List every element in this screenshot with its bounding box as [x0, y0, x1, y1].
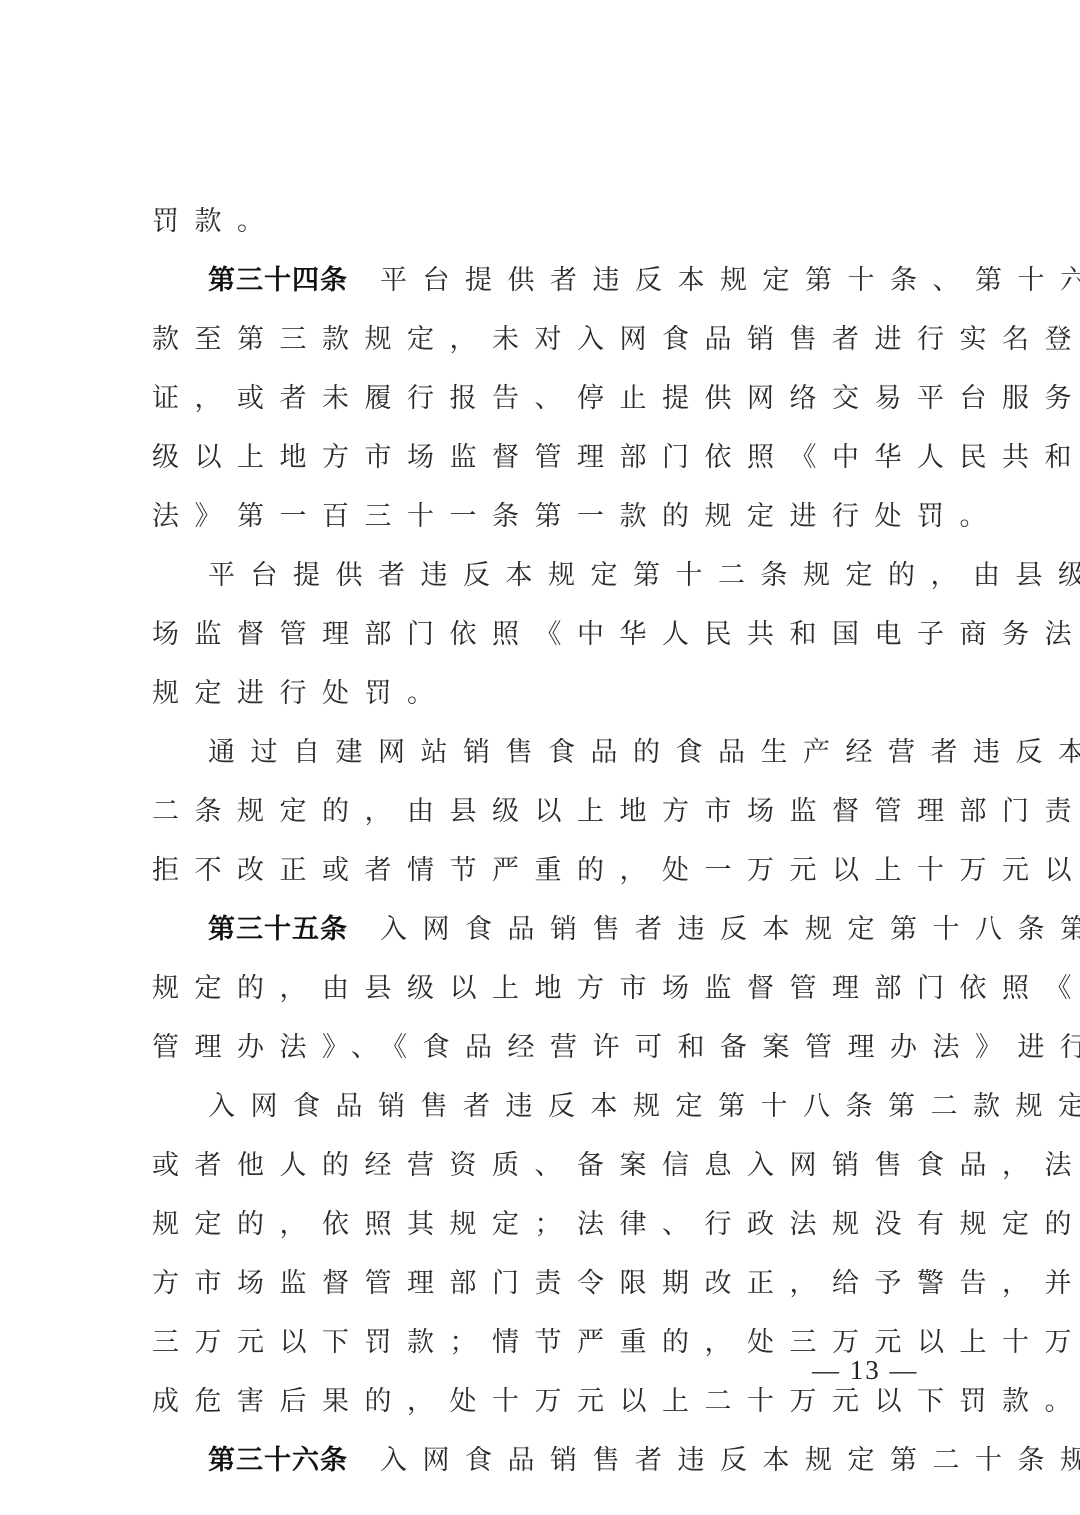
line-text: 罚款。 [152, 206, 280, 237]
line-text: 入网食品销售者违反本规定第二十条规定，法 [380, 1445, 1080, 1476]
line-text: 方市场监督管理部门责令限期改正，给予警告，并处一万元以上 [152, 1268, 1080, 1299]
document-page: 罚款。 第三十四条平台提供者违反本规定第十条、第十六条第一 款至第三款规定，未对… [152, 192, 932, 1490]
line-text: 拒不改正或者情节严重的，处一万元以上十万元以下罚款。 [152, 855, 1080, 886]
text-line: 款至第三款规定，未对入网食品销售者进行实名登记、审查许可 [152, 310, 932, 369]
article-heading: 第三十四条 [208, 265, 348, 296]
line-text: 三万元以下罚款；情节严重的，处三万元以上十万元以下罚款；造 [152, 1327, 1080, 1358]
text-line: 法》第一百三十一条第一款的规定进行处罚。 [152, 487, 932, 546]
text-line: 管理办法》、《食品经营许可和备案管理办法》进行处罚。 [152, 1018, 932, 1077]
article-36-line: 第三十六条入网食品销售者违反本规定第二十条规定，法 [152, 1431, 932, 1490]
text-line: 证，或者未履行报告、停止提供网络交易平台服务等义务的，由县 [152, 369, 932, 428]
line-text: 管理办法》、《食品经营许可和备案管理办法》进行处罚。 [152, 1032, 1080, 1063]
text-line: 场监督管理部门依照《中华人民共和国电子商务法》第八十条的 [152, 605, 932, 664]
line-text: 通过自建网站销售食品的食品生产经营者违反本规定第十 [208, 737, 1080, 768]
article-heading: 第三十五条 [208, 914, 348, 945]
text-line: 拒不改正或者情节严重的，处一万元以上十万元以下罚款。 [152, 841, 932, 900]
line-text: 二条规定的，由县级以上地方市场监督管理部门责令限期改正； [152, 796, 1080, 827]
text-line: 方市场监督管理部门责令限期改正，给予警告，并处一万元以上 [152, 1254, 932, 1313]
article-heading: 第三十六条 [208, 1445, 348, 1476]
line-text: 平台提供者违反本规定第十二条规定的，由县级以上地方市 [208, 560, 1080, 591]
line-text: 入网食品销售者违反本规定第十八条第一款 [380, 914, 1080, 945]
text-line: 罚款。 [152, 192, 932, 251]
text-line: 规定进行处罚。 [152, 664, 932, 723]
paragraph-start-line: 入网食品销售者违反本规定第十八条第二款规定，使用虚假 [152, 1077, 932, 1136]
line-text: 入网食品销售者违反本规定第十八条第二款规定，使用虚假 [208, 1091, 1080, 1122]
article-35-line: 第三十五条入网食品销售者违反本规定第十八条第一款 [152, 900, 932, 959]
paragraph-start-line: 通过自建网站销售食品的食品生产经营者违反本规定第十 [152, 723, 932, 782]
text-line: 二条规定的，由县级以上地方市场监督管理部门责令限期改正； [152, 782, 932, 841]
line-text: 或者他人的经营资质、备案信息入网销售食品，法律、行政法规有 [152, 1150, 1080, 1181]
paragraph-start-line: 平台提供者违反本规定第十二条规定的，由县级以上地方市 [152, 546, 932, 605]
line-text: 级以上地方市场监督管理部门依照《中华人民共和国食品安全 [152, 442, 1080, 473]
line-text: 场监督管理部门依照《中华人民共和国电子商务法》第八十条的 [152, 619, 1080, 650]
line-text: 法》第一百三十一条第一款的规定进行处罚。 [152, 501, 1002, 532]
line-text: 成危害后果的，处十万元以上二十万元以下罚款。 [152, 1386, 1080, 1417]
line-text: 证，或者未履行报告、停止提供网络交易平台服务等义务的，由县 [152, 383, 1080, 414]
page-number: — 13 — [812, 1355, 919, 1386]
article-34-line: 第三十四条平台提供者违反本规定第十条、第十六条第一 [152, 251, 932, 310]
text-line: 规定的，依照其规定；法律、行政法规没有规定的，由县级以上地 [152, 1195, 932, 1254]
text-line: 级以上地方市场监督管理部门依照《中华人民共和国食品安全 [152, 428, 932, 487]
text-line: 或者他人的经营资质、备案信息入网销售食品，法律、行政法规有 [152, 1136, 932, 1195]
line-text: 平台提供者违反本规定第十条、第十六条第一 [380, 265, 1080, 296]
line-text: 款至第三款规定，未对入网食品销售者进行实名登记、审查许可 [152, 324, 1080, 355]
text-line: 规定的，由县级以上地方市场监督管理部门依照《食品生产许可 [152, 959, 932, 1018]
line-text: 规定的，依照其规定；法律、行政法规没有规定的，由县级以上地 [152, 1209, 1080, 1240]
line-text: 规定进行处罚。 [152, 678, 450, 709]
line-text: 规定的，由县级以上地方市场监督管理部门依照《食品生产许可 [152, 973, 1080, 1004]
